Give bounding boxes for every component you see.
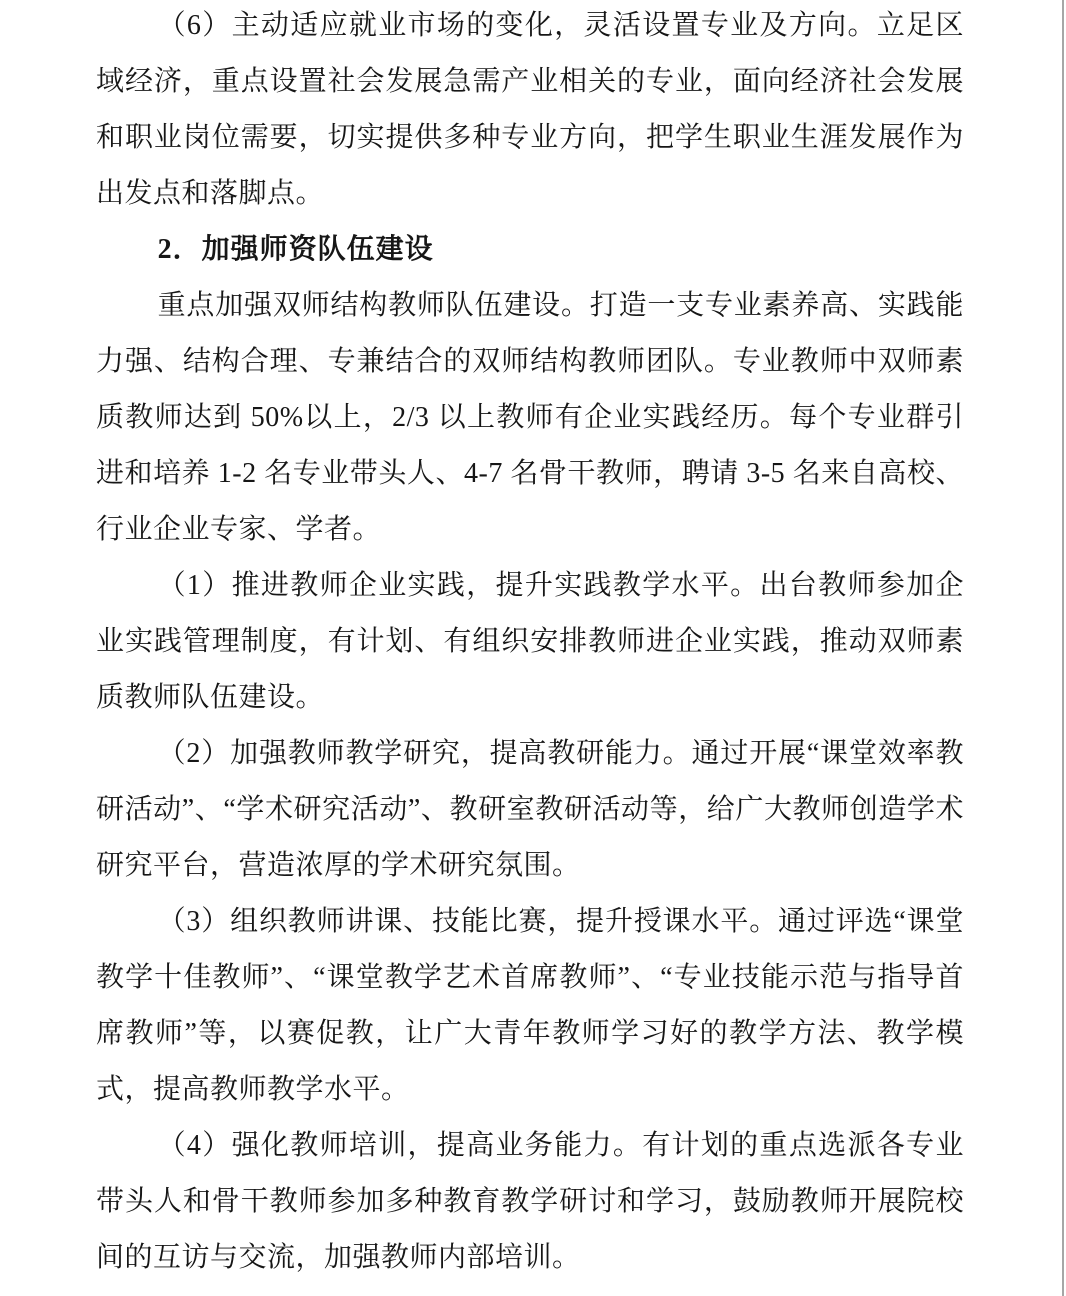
paragraph-item-4: （4）强化教师培训，提高业务能力。有计划的重点选派各专业带头人和骨干教师参加多种…	[96, 1118, 964, 1286]
section-heading-2: 2．加强师资队伍建设	[96, 222, 964, 278]
page-right-edge-line	[1062, 0, 1064, 1296]
paragraph-item-3: （3）组织教师讲课、技能比赛，提升授课水平。通过评选“课堂教学十佳教师”、“课堂…	[96, 894, 964, 1118]
paragraph-item-1: （1）推进教师企业实践，提升实践教学水平。出台教师参加企业实践管理制度，有计划、…	[96, 558, 964, 726]
document-page: （6）主动适应就业市场的变化，灵活设置专业及方向。立足区域经济，重点设置社会发展…	[96, 0, 964, 1286]
paragraph-teacher-team-intro: 重点加强双师结构教师队伍建设。打造一支专业素养高、实践能力强、结构合理、专兼结合…	[96, 278, 964, 558]
paragraph-item-6: （6）主动适应就业市场的变化，灵活设置专业及方向。立足区域经济，重点设置社会发展…	[96, 0, 964, 222]
paragraph-item-2: （2）加强教师教学研究，提高教研能力。通过开展“课堂效率教研活动”、“学术研究活…	[96, 726, 964, 894]
